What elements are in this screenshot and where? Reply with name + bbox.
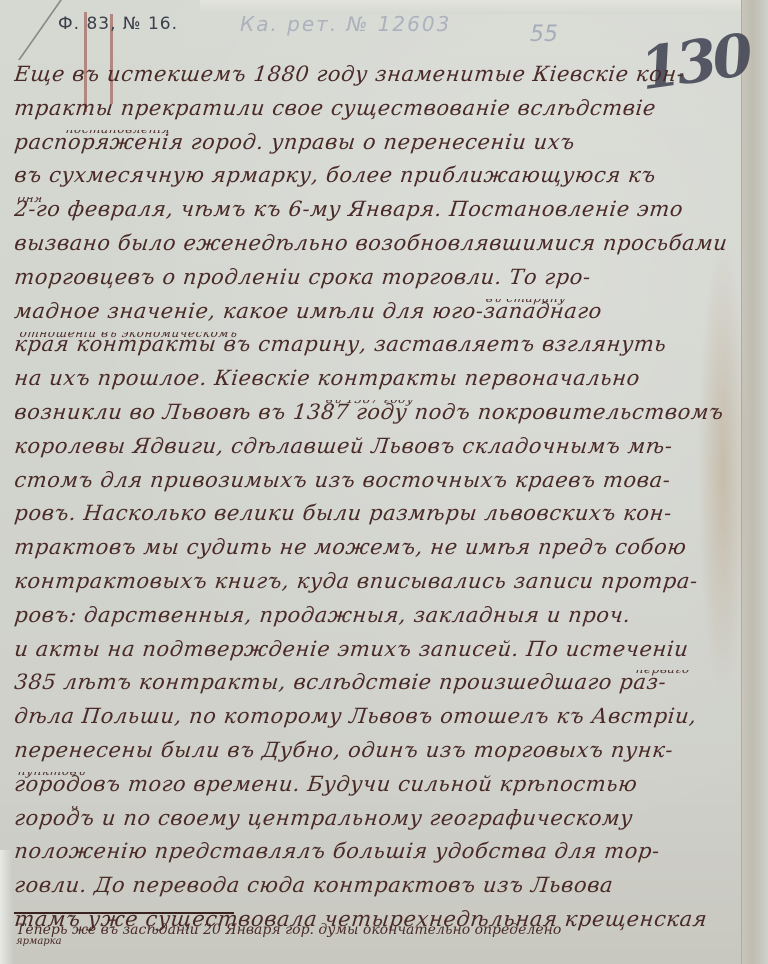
text-line: и акты на подтвержденіе этихъ записей. П… <box>12 637 756 671</box>
interlinear-insertion: а <box>71 806 80 812</box>
footnote: Теперь же въ засѣданіи 20 Января гор. ду… <box>16 922 756 947</box>
footnote-text: Теперь же въ засѣданіи 20 Января гор. ду… <box>16 922 561 938</box>
manuscript-page: Ф. 83, № 16. Ка. рет. № 12603 55 130 Еще… <box>0 0 768 964</box>
text-line: говли. До перевода сюда контрактовъ изъ … <box>12 873 756 907</box>
interlinear-insertion: отношеніи въ экономическомъ <box>19 332 239 340</box>
text-line-content: городъ и по своему центральному географи… <box>13 806 634 830</box>
text-line: дня 2-го февраля, чѣмъ къ 6-му Января. П… <box>12 197 756 231</box>
text-line: ровъ. Насколько велики были размѣры льво… <box>12 501 756 535</box>
text-line: отношеніи въ экономическомъ края контрак… <box>12 332 756 366</box>
text-line: пунктовъ городовъ того времени. Будучи с… <box>12 772 756 806</box>
text-line: контрактовыхъ книгъ, куда вписывались за… <box>12 569 756 603</box>
manuscript-text: Еще въ истекшемъ 1880 году знаменитые Кі… <box>14 62 754 941</box>
interlinear-insertion: пунктовъ <box>17 772 87 778</box>
text-line-content: городовъ того времени. Будучи сильной кр… <box>13 772 638 796</box>
text-line: королевы Ядвиги, сдѣлавшей Львовъ складо… <box>12 434 756 468</box>
text-line: тракты прекратили свое существованіе всл… <box>12 96 756 130</box>
interlinear-insertion: въ 1387 году <box>325 400 415 406</box>
footnote-separator <box>14 912 234 914</box>
text-line: въ сухмесячную ярмарку, более приближающ… <box>12 163 756 197</box>
text-line: въ 1387 году возникли во Львовѣ въ 1387 … <box>12 400 756 434</box>
faint-folio-number: 55 <box>530 22 558 47</box>
text-line: стомъ для привозимыхъ изъ восточныхъ кра… <box>12 468 756 502</box>
faint-stamp: Ка. рет. № 12603 <box>240 12 451 36</box>
text-line: положенію представлялъ большія удобства … <box>12 839 756 873</box>
text-line-content: 385 лѣтъ контракты, вслѣдствіе произшедш… <box>13 670 667 694</box>
text-line: трактовъ мы судить не можемъ, не имѣя пр… <box>12 535 756 569</box>
text-line-content: 2-го февраля, чѣмъ къ 6-му Января. Поста… <box>13 197 684 221</box>
corner-fold-mark <box>0 0 62 60</box>
text-line: ровъ: дарственныя, продажныя, закладныя … <box>12 603 756 637</box>
text-line: перваго 385 лѣтъ контракты, вслѣдствіе п… <box>12 670 756 704</box>
text-line: перенесены были въ Дубно, одинъ изъ торг… <box>12 738 756 772</box>
text-line: на ихъ прошлое. Кіевскіе контракты перво… <box>12 366 756 400</box>
text-line: а городъ и по своему центральному геогра… <box>12 806 756 840</box>
text-line: постановленія думы распоряженія город. у… <box>12 130 756 164</box>
text-line: дѣла Польши, по которому Львовъ отошелъ … <box>12 704 756 738</box>
interlinear-insertion: постановленія <box>65 130 171 136</box>
interlinear-insertion: въ старину <box>485 299 567 305</box>
interlinear-insertion: дня <box>17 197 44 205</box>
text-line: Еще въ истекшемъ 1880 году знаменитые Кі… <box>12 62 756 96</box>
text-line: вызвано было еженедѣльно возобновлявшими… <box>12 231 756 265</box>
archive-reference: Ф. 83, № 16. <box>58 14 178 34</box>
text-line: въ старину мадное значеніе, какое имѣли … <box>12 299 756 333</box>
interlinear-insertion: перваго <box>635 670 691 676</box>
text-line: торговцевъ о продленіи срока торговли. Т… <box>12 265 756 299</box>
